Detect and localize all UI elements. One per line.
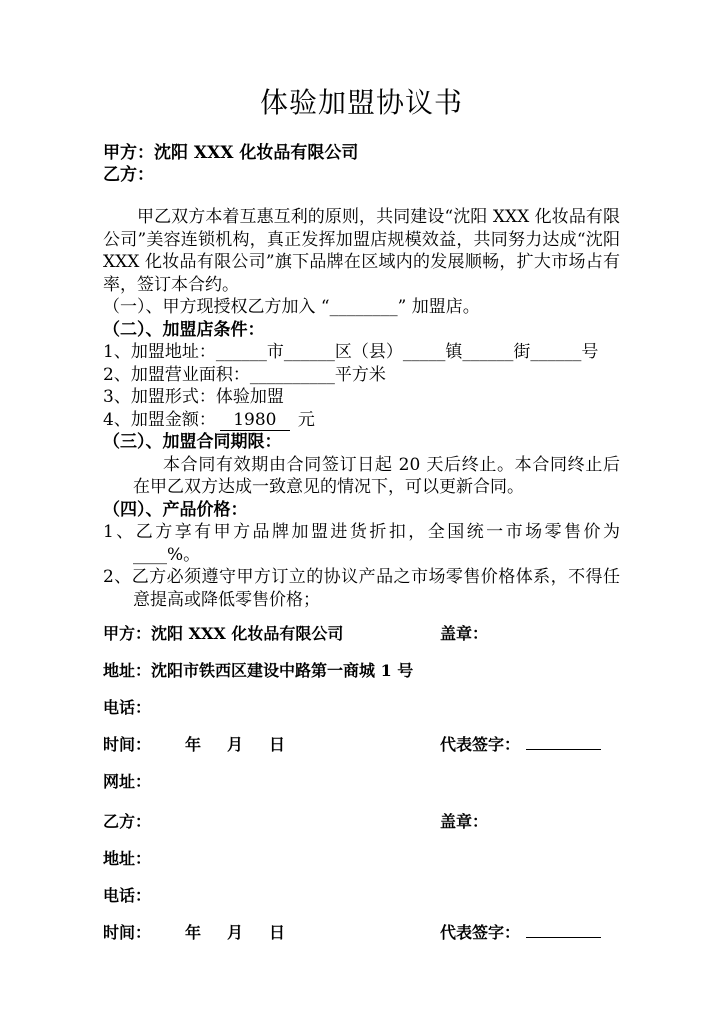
party-b-phone-label: 电话： [103,886,151,906]
party-b-month-label: 月 [227,923,243,943]
party-b-name: 乙方： [103,812,440,832]
party-a-website-row: 网址： [103,772,620,792]
party-b-representative-signature: 代表签字： [440,923,620,943]
party-b-day-label: 日 [269,923,285,943]
section-1-authorization-line: （一）、甲方现授权乙方加入 “________” 加盟店。 [103,296,620,319]
contract-term-paragraph: 本合同有效期由合同签订日起 20 天后终止。本合同终止后在甲乙双方达成一致意见的… [133,454,620,499]
party-a-seal-label: 盖章： [440,624,620,644]
franchise-form-item: 3、加盟形式：体验加盟 [103,386,620,409]
party-b-signature-blank-line [526,923,601,938]
franchise-fee-label: 4、加盟金额： [103,410,216,430]
party-a-sign-label: 代表签字： [440,735,520,754]
contract-page: 体验加盟协议书 甲方：沈阳 XXX 化妆品有限公司 乙方： 甲乙双方本着互惠互利… [0,0,720,1017]
price-item-2: 2、乙方必须遵守甲方订立的协议产品之市场零售价格体系，不得任意提高或降低零售价格… [103,566,620,611]
section-4-heading: （四）、产品价格： [103,499,620,522]
document-title: 体验加盟协议书 [103,84,620,122]
party-a-name-row: 甲方：沈阳 XXX 化妆品有限公司 盖章： [103,624,620,644]
price-item-1: 1、乙方享有甲方品牌加盟进货折扣，全国统一市场零售价为____%。 [103,521,620,566]
party-a-signature-blank-line [526,735,601,750]
party-b-name-row: 乙方： 盖章： [103,812,620,832]
party-b-time-label: 时间： [103,923,151,942]
franchise-fee-unit: 元 [298,410,315,430]
party-b-address: 地址： [103,849,151,869]
party-a-header-line: 甲方：沈阳 XXX 化妆品有限公司 [103,142,620,164]
party-b-address-row: 地址： [103,849,620,869]
franchise-address-item: 1、加盟地址：______市______区（县）_____镇______街___… [103,341,620,364]
franchise-area-item: 2、加盟营业面积：__________平方米 [103,364,620,387]
party-a-website-label: 网址： [103,772,151,792]
party-b-sign-label: 代表签字： [440,923,520,942]
franchise-fee-amount-field: 1980 [220,411,290,431]
party-a-phone-row: 电话： [103,698,620,718]
party-b-phone-row: 电话： [103,886,620,906]
party-b-date-row: 时间：年月日 代表签字： [103,923,620,943]
section-3-heading: （三）、加盟合同期限： [103,431,620,454]
preamble-paragraph: 甲乙双方本着互惠互利的原则，共同建设“沈阳 XXX 化妆品有限公司”美容连锁机构… [103,206,620,296]
party-b-header-line: 乙方： [103,164,620,186]
party-a-date-fields: 时间：年月日 [103,735,440,755]
franchise-fee-item: 4、加盟金额：1980元 [103,409,620,432]
party-b-seal-label: 盖章： [440,812,620,832]
party-a-date-row: 时间：年月日 代表签字： [103,735,620,755]
section-2-heading: （二）、加盟店条件： [103,319,620,342]
party-b-signature-block: 乙方： 盖章： 地址： 电话： 时间：年月日 代表签字： [103,812,620,943]
party-a-signature-block: 甲方：沈阳 XXX 化妆品有限公司 盖章： 地址：沈阳市铁西区建设中路第一商城 … [103,624,620,792]
party-a-day-label: 日 [269,735,285,755]
party-a-representative-signature: 代表签字： [440,735,620,755]
party-a-address-row: 地址：沈阳市铁西区建设中路第一商城 1 号 [103,661,620,681]
party-a-phone-label: 电话： [103,698,151,718]
party-a-year-label: 年 [185,735,201,755]
party-a-address: 地址：沈阳市铁西区建设中路第一商城 1 号 [103,661,413,681]
party-a-month-label: 月 [227,735,243,755]
party-b-date-fields: 时间：年月日 [103,923,440,943]
party-a-name: 甲方：沈阳 XXX 化妆品有限公司 [103,624,440,644]
party-b-year-label: 年 [185,923,201,943]
party-a-time-label: 时间： [103,735,151,754]
